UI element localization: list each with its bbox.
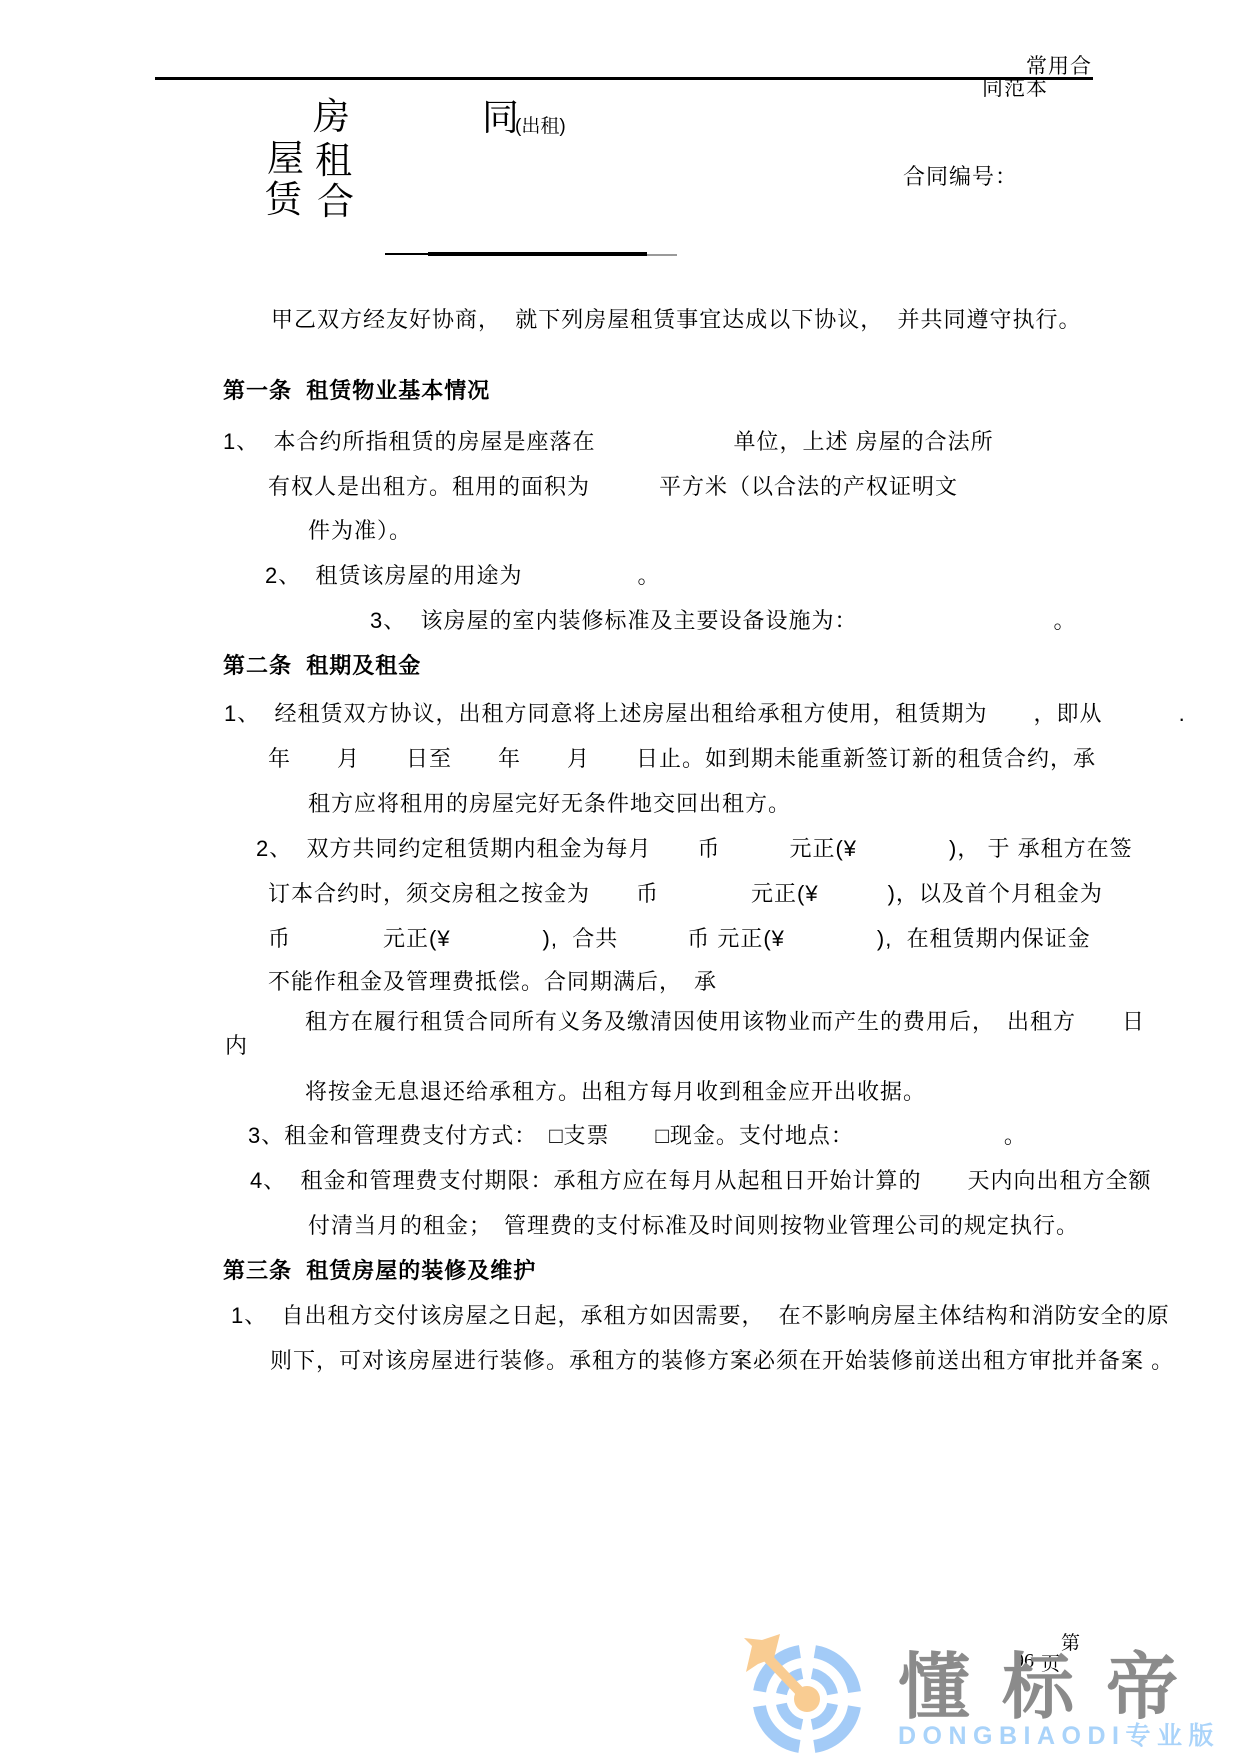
title-char-wu: 屋 (267, 140, 304, 177)
contract-line: 租方在履行租赁合同所有义务及缴清因使用该物业而产生的费用后， 出租方 日 (305, 1008, 1145, 1036)
contract-line: 3、 该房屋的室内装修标准及主要设备设施为： 。 (370, 607, 1076, 635)
contract-line: 件为准）。 (308, 517, 412, 545)
contract-number-label: 合同编号： (903, 160, 1018, 191)
watermark-logo (742, 1632, 868, 1754)
contract-document-page: 常用合 同范本 合同编号： 房 同 (出租) 屋 租 赁 合 甲乙双方经友好协商… (0, 0, 1241, 1754)
contract-line: 2、 双方共同约定租赁期内租金为每月 币 元正(¥ )， 于 承租方在签 (256, 835, 1133, 863)
blank-underline-thick (428, 252, 647, 256)
section-heading-3: 第三条 租赁房屋的装修及维护 (223, 1257, 536, 1285)
contract-line: 订本合约时，须交房租之按金为 币 元正(¥ )，以及首个月租金为 (268, 880, 1103, 908)
contract-line: 将按金无息退还给承租方。出租方每月收到租金应开出收据。 (305, 1078, 926, 1106)
blank-underline-thin (385, 253, 428, 255)
section-heading-2: 第二条 租期及租金 (223, 652, 421, 680)
watermark-subtitle-text: DONGBIAODI专业版 (898, 1724, 1220, 1749)
contract-line: 付清当月的租金； 管理费的支付标准及时间则按物业管理公司的规定执行。 (308, 1212, 1079, 1240)
contract-line: 4、 租金和管理费支付期限：承租方应在每月从起租日开始计算的 天内向出租方全额 (250, 1167, 1151, 1195)
title-char-he: 合 (317, 183, 354, 220)
contract-line: 租方应将租用的房屋完好无条件地交回出租方。 (308, 790, 791, 818)
contract-line: 2、 租赁该房屋的用途为 。 (265, 562, 660, 590)
contract-line: 币 元正(¥ ), 合共 币 元正(¥ ), 在租赁期内保证金 (268, 925, 1091, 953)
contract-line: 则下，可对该房屋进行装修。承租方的装修方案必须在开始装修前送出租方审批并备案 。 (270, 1347, 1174, 1375)
contract-line: 有权人是出租方。租用的面积为 平方米（以合法的产权证明文 (268, 473, 958, 501)
contract-line: 1、 自出租方交付该房屋之日起，承租方如因需要， 在不影响房屋主体结构和消防安全… (231, 1302, 1170, 1330)
title-char-tong: 同 (482, 99, 519, 136)
contract-line: 年 月 日至 年 月 日止。如到期未能重新签订新的租赁合约，承 (268, 745, 1096, 773)
title-char-lin: 赁 (265, 181, 302, 218)
contract-line: 1、 经租赁双方协议，出租方同意将上述房屋出租给承租方使用，租赁期为 ，即从 . (224, 700, 1186, 728)
contract-line: 内 (225, 1032, 248, 1060)
title-suffix-chuzu: (出租) (515, 117, 566, 136)
section-heading-1: 第一条 租赁物业基本情况 (223, 377, 490, 405)
title-char-fang: 房 (313, 98, 350, 135)
contract-line: 不能作租金及管理费抵偿。合同期满后， 承 (268, 968, 717, 996)
intro-paragraph: 甲乙双方经友好协商， 就下列房屋租赁事宜达成以下协议， 并共同遵守执行。 (271, 306, 1081, 334)
contract-line: 1、 本合约所指租赁的房屋是座落在 单位，上述 房屋的合法所 (223, 428, 994, 456)
blank-underline-tail (647, 254, 677, 256)
bullseye-target-icon (742, 1632, 868, 1754)
header-divider-line (155, 77, 1093, 80)
watermark-brand-text: 懂标帝 (898, 1652, 1210, 1724)
contract-line-checkboxes: 3、租金和管理费支付方式： □支票 □现金。支付地点： 。 (248, 1122, 1027, 1150)
title-char-zu: 租 (315, 142, 352, 179)
